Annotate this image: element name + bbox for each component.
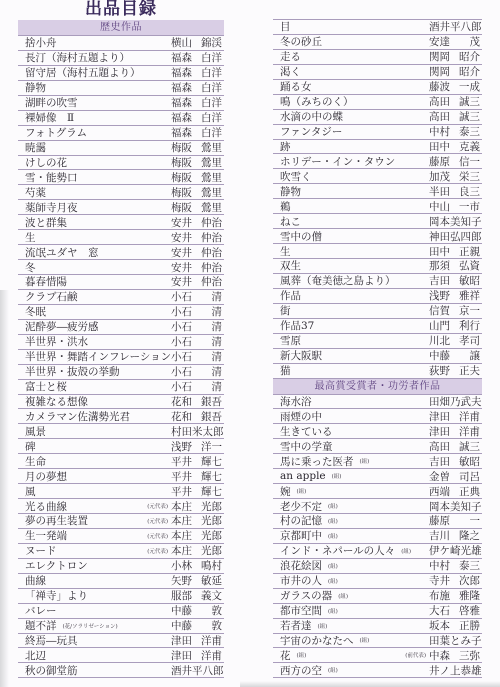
artist-surname: 梅阪: [171, 140, 192, 155]
artist-name: 津田洋甫: [171, 648, 222, 663]
artist-name: 田畑乃武夫: [429, 394, 480, 409]
work-title: 冬: [25, 260, 36, 275]
artist-given-name: 司呂: [459, 469, 480, 484]
artist-surname: 中藤: [429, 348, 450, 363]
artist-given-name: 啓雅: [459, 603, 480, 618]
list-item: ねこ岡本美知子: [273, 214, 482, 229]
artist-given-name: 鶯里: [201, 185, 222, 200]
artist-given-name: 一: [470, 513, 481, 528]
list-item: 風平井輝七: [18, 484, 224, 499]
artist-surname: 小石: [171, 349, 192, 364]
work-title: 静物: [25, 80, 46, 95]
artist-surname: 梅阪: [171, 170, 192, 185]
list-item: 暁靄梅阪鶯里: [18, 141, 224, 156]
list-item: 生田中正親: [273, 244, 482, 259]
list-item: ファンタジー中村泰三: [273, 125, 482, 140]
work-title-cell: 暁靄: [25, 140, 171, 155]
artist-name: 川北孝司: [429, 333, 480, 348]
artist-given-name: 清: [212, 349, 223, 364]
work-title-cell: 村の記憶(組): [280, 513, 429, 528]
artist-given-name: 白洋: [201, 95, 222, 110]
artist-surname: 横山: [171, 35, 192, 50]
work-title: 雪・能勢口: [25, 170, 78, 185]
artist-surname: 田畑乃武夫: [429, 394, 482, 409]
work-note: (組): [360, 636, 370, 644]
work-title: 半世界・洪水: [25, 334, 88, 349]
artist-name: 平井輝七: [171, 454, 222, 469]
work-title-cell: 生命: [25, 454, 171, 469]
artist-name: 梅阪鶯里: [171, 140, 222, 155]
work-title-cell: 雪原: [280, 333, 429, 348]
artist-surname: 梅阪: [171, 185, 192, 200]
artist-name: 矢野敏延: [171, 573, 222, 588]
artist-surname: 中山: [429, 199, 450, 214]
artist-surname: 福森: [171, 80, 192, 95]
artist-given-name: 仲治: [201, 215, 222, 230]
list-item: 長汀（海村五題より）福森白洋: [18, 51, 224, 66]
work-title: 花: [280, 648, 291, 663]
list-item: 流氓ユダヤ 窓安井仲治: [18, 245, 224, 260]
work-title-cell: 裸婦像 Ⅱ: [25, 110, 171, 125]
artist-name: 梅阪鶯里: [171, 170, 222, 185]
list-item: 北辺津田洋甫: [18, 648, 224, 663]
list-item: 半世界・洪水小石清: [18, 335, 224, 350]
artist-given-name: 銀吾: [201, 409, 222, 424]
artist-surname: 小石: [171, 334, 192, 349]
artist-name: 岡本美知子: [429, 214, 480, 229]
artist-surname: 福森: [171, 65, 192, 80]
section-heading-historical-works: 歴史作品: [18, 20, 224, 36]
artist-name: 金曽司呂: [429, 469, 480, 484]
work-title: 猫: [280, 363, 291, 378]
list-item: 馬に乗った医者(組)吉田敏昭: [273, 454, 482, 469]
work-title-cell: 若者達(組): [280, 618, 429, 633]
artist-name: 那須弘資: [429, 258, 480, 273]
work-title-cell: 題不詳(花/ソラリゼーション): [25, 618, 171, 633]
artist-surname: 福森: [171, 50, 192, 65]
artist-name: 田中克義: [429, 139, 480, 154]
artist-surname: 高田: [429, 109, 450, 124]
artist-name: 高田誠三: [429, 439, 480, 454]
artist-given-name: 鶯里: [201, 170, 222, 185]
artist-surname: 川北: [429, 333, 450, 348]
list-item: 宇宙のかなたへ(組)田葉とみ子: [273, 634, 482, 649]
work-title: 生: [280, 244, 291, 259]
artist-given-name: 一成: [459, 79, 480, 94]
work-title-cell: 雪中の僧: [280, 229, 429, 244]
work-title: 流氓ユダヤ 窓: [25, 245, 99, 260]
artist-surname: 安井: [171, 274, 192, 289]
list-item: 冬眠小石清: [18, 305, 224, 320]
work-note: (組): [401, 547, 411, 555]
work-title: エレクトロン: [25, 558, 88, 573]
work-title: 宇宙のかなたへ: [280, 633, 354, 648]
work-title-cell: ファンタジー: [280, 124, 429, 139]
work-title-cell: 終焉―玩具: [25, 633, 171, 648]
artist-name: 半田良三: [429, 184, 480, 199]
work-title: 吹雪く: [280, 169, 312, 184]
artist-name: 横山錦渓: [171, 35, 222, 50]
artist-surname: 岡本美知子: [429, 214, 482, 229]
work-title: 新大阪駅: [280, 348, 322, 363]
list-item: バレー中藤敦: [18, 604, 224, 619]
artist-name: 梅阪鶯里: [171, 200, 222, 215]
work-title-cell: インド・ネパールの人々(組): [280, 543, 429, 558]
work-title-cell: 雨煙の中: [280, 409, 429, 424]
list-item: 吹雪く加茂栄三: [273, 169, 482, 184]
artist-given-name: 洋甫: [459, 409, 480, 424]
artist-name: 津田洋甫: [429, 409, 480, 424]
list-item: クラブ石鹸小石清: [18, 290, 224, 305]
work-title-cell: 半世界・洪水: [25, 334, 171, 349]
artist-surname: 加茂: [429, 169, 450, 184]
artist-given-name: 白洋: [201, 110, 222, 125]
artist-surname: 半田: [429, 184, 450, 199]
artist-given-name: 清: [212, 364, 223, 379]
work-note: (組): [328, 562, 338, 570]
artist-surname: 福森: [171, 125, 192, 140]
work-title-cell: 花(組): [280, 648, 405, 663]
list-item: 都市空間(組)大石啓雅: [273, 604, 482, 619]
artist-name: 山門利行: [429, 318, 480, 333]
artist-surname: 中藤: [171, 618, 192, 633]
artist-surname: 花和: [171, 394, 192, 409]
list-item: 村の記憶(組)藤原一: [273, 514, 482, 529]
artist-given-name: 誠三: [459, 94, 480, 109]
work-title-cell: 宇宙のかなたへ(組): [280, 633, 429, 648]
work-title: 終焉―玩具: [25, 633, 78, 648]
artist-given-name: 仲治: [201, 245, 222, 260]
artist-name: 関岡昭介: [429, 64, 480, 79]
work-title-cell: 芍薬: [25, 185, 171, 200]
list-item: 市井の人(組)寺井次郎: [273, 574, 482, 589]
artist-surname: 服部: [171, 588, 192, 603]
artist-given-name: 鶯里: [201, 155, 222, 170]
work-title: 西方の空: [280, 663, 322, 678]
work-title-cell: 捨小舟: [25, 35, 171, 50]
artist-given-name: 鶯里: [201, 140, 222, 155]
work-title-cell: 「禅寺」より: [25, 588, 171, 603]
artist-surname: 安井: [171, 215, 192, 230]
artist-name: 安井仲治: [171, 274, 222, 289]
artist-surname: 津田: [171, 633, 192, 648]
artist-name: 福森白洋: [171, 125, 222, 140]
work-title: 芍薬: [25, 185, 46, 200]
artist-surname: 金曽: [429, 469, 450, 484]
list-item: 目酒井平八郎: [273, 20, 482, 35]
list-item: 街信賀京一: [273, 304, 482, 319]
artist-given-name: 譲: [470, 348, 481, 363]
artist-surname: 小石: [171, 304, 192, 319]
work-title: 留守居（海村五題より）: [25, 65, 141, 80]
artist-given-name: 隆之: [459, 528, 480, 543]
artist-surname: 本庄: [171, 528, 192, 543]
work-title: 月の夢想: [25, 469, 67, 484]
list-item: 富士と桜小石清: [18, 380, 224, 395]
artist-given-name: 次郎: [459, 573, 480, 588]
artist-surname: 中藤: [171, 603, 192, 618]
artist-given-name: 昭介: [459, 49, 480, 64]
list-item: 雪中の僧神田弘四郎: [273, 229, 482, 244]
work-title-cell: 作品37: [280, 318, 429, 333]
artist-surname: 吉川: [429, 528, 450, 543]
list-item: 半世界・舞踏インフレーション小石清: [18, 350, 224, 365]
work-title-cell: 風: [25, 484, 171, 499]
work-title-cell: 双生: [280, 258, 429, 273]
artist-name: 福森白洋: [171, 65, 222, 80]
work-note: (組): [328, 577, 338, 585]
artist-given-name: 洋甫: [201, 633, 222, 648]
artist-surname: 小石: [171, 289, 192, 304]
list-item: 生一発端(元代表)本庄光郎: [18, 529, 224, 544]
artist-given-name: 義文: [201, 588, 222, 603]
list-item: 生きている津田洋甫: [273, 424, 482, 439]
left-column: 出品目録 歴史作品 捨小舟横山錦渓長汀（海村五題より）福森白洋留守居（海村五題よ…: [18, 0, 224, 678]
artist-given-name: 茂: [470, 34, 481, 49]
artist-name: 藤原信一: [429, 154, 480, 169]
artist-name: 岡本美知子: [429, 499, 480, 514]
list-item: 静物半田良三: [273, 184, 482, 199]
list-item: 水滴の中の蝶高田誠三: [273, 110, 482, 125]
artist-given-name: 克義: [459, 139, 480, 154]
artist-role-note: (元代表): [147, 502, 168, 510]
list-item: 走る関岡昭介: [273, 50, 482, 65]
artist-surname: 田葉とみ子: [429, 633, 482, 648]
artist-name: 田葉とみ子: [429, 633, 480, 648]
artist-name: 福森白洋: [171, 95, 222, 110]
artist-name: 小林鳴村: [171, 558, 222, 573]
list-item: 泥酔夢―疲労感小石清: [18, 320, 224, 335]
list-item: 終焉―玩具津田洋甫: [18, 634, 224, 649]
artist-name: 中森三弥: [429, 648, 480, 663]
work-title: ヌード: [25, 543, 57, 558]
artist-name: 津田洋甫: [429, 424, 480, 439]
artist-name: 井ノ上恭雄: [429, 663, 480, 678]
section-heading-award-works: 最高賞受賞者・功労者作品: [273, 379, 482, 395]
work-title-cell: 半世界・舞踏インフレーション: [25, 349, 171, 364]
list-item: 猫荻野正夫: [273, 364, 482, 379]
work-title-cell: 京都町中(組): [280, 528, 429, 543]
artist-role-note: (元代表): [147, 517, 168, 525]
work-title-cell: 冬眠: [25, 304, 171, 319]
work-note: (組): [328, 517, 338, 525]
artist-name: 中藤敦: [171, 603, 222, 618]
list-item: 生安井仲治: [18, 230, 224, 245]
list-item: 静物福森白洋: [18, 81, 224, 96]
artist-surname: 吉田: [429, 454, 450, 469]
list-item: フォトグラム福森白洋: [18, 126, 224, 141]
artist-given-name: 光郎: [201, 513, 222, 528]
list-item: 風景村田米太郎: [18, 424, 224, 439]
artist-name: 花和銀吾: [171, 394, 222, 409]
artist-given-name: 一市: [459, 199, 480, 214]
artist-surname: 本庄: [171, 543, 192, 558]
work-title: 光る曲線: [25, 499, 67, 514]
list-item: 鵜中山一市: [273, 199, 482, 214]
list-item: 若者達(組)坂本正勝: [273, 619, 482, 634]
work-title-cell: 生: [25, 230, 171, 245]
work-title: 秋の御堂筋: [25, 663, 78, 678]
work-title: 湖畔の吹雪: [25, 95, 78, 110]
work-title: 碑: [25, 439, 36, 454]
work-title-cell: カメラマン佐溝勢光君: [25, 409, 171, 424]
work-title-cell: 街: [280, 303, 429, 318]
work-title: 鳴（みちのく）: [280, 94, 354, 109]
list-item: 「禅寺」より服部義文: [18, 589, 224, 604]
list-item: 暮春惜陽安井仲治: [18, 275, 224, 290]
artist-surname: 梅阪: [171, 155, 192, 170]
artist-surname: 藤波: [429, 79, 450, 94]
artist-surname: 信賀: [429, 303, 450, 318]
artist-name: 平井輝七: [171, 469, 222, 484]
work-title-cell: 生一発端: [25, 528, 147, 543]
artist-surname: 荻野: [429, 363, 450, 378]
artist-name: 中村泰三: [429, 558, 480, 573]
work-title-cell: 吹雪く: [280, 169, 429, 184]
work-title: 雨煙の中: [280, 409, 322, 424]
artist-surname: 山門: [429, 318, 450, 333]
artist-given-name: 清: [212, 334, 223, 349]
work-note: (組): [328, 502, 338, 510]
work-title-cell: 西方の空(組): [280, 663, 429, 678]
work-title-cell: 薬師寺月夜: [25, 200, 171, 215]
list-item: 生命平井輝七: [18, 454, 224, 469]
list-item: 碑浅野洋一: [18, 439, 224, 454]
work-title-cell: 碑: [25, 439, 171, 454]
work-title: 「禅寺」より: [25, 588, 88, 603]
scan-shadow-edge: [0, 290, 9, 687]
work-title-cell: バレー: [25, 603, 171, 618]
artist-surname: 安井: [171, 230, 192, 245]
work-title: 半世界・舞踏インフレーション: [25, 349, 171, 364]
artist-name: 吉田敏昭: [429, 273, 480, 288]
work-title-cell: 半世界・抜殻の挙動: [25, 364, 171, 379]
artist-given-name: 敦: [212, 618, 223, 633]
artist-given-name: 誠三: [459, 439, 480, 454]
work-title-cell: 走る: [280, 49, 429, 64]
work-title: 生: [25, 230, 36, 245]
artist-name: 酒井平八郎: [171, 663, 222, 678]
work-title-cell: 踊る女: [280, 79, 429, 94]
work-title-cell: 冬の砂丘: [280, 34, 429, 49]
artist-name: 高田誠三: [429, 94, 480, 109]
work-note: (組): [318, 622, 328, 630]
artist-surname: 藤原: [429, 154, 450, 169]
list-item: 雪中の学童高田誠三: [273, 439, 482, 454]
artist-given-name: 白洋: [201, 125, 222, 140]
list-item: 新大阪駅中藤譲: [273, 349, 482, 364]
right-column: 目酒井平八郎冬の砂丘安達茂走る関岡昭介渇く関岡昭介踊る女藤波一成鳴（みちのく）高…: [273, 19, 482, 678]
artist-name: 本庄光郎: [171, 499, 222, 514]
artist-name: 小石清: [171, 364, 222, 379]
scan-shadow-bottom: [240, 681, 500, 687]
artist-given-name: 敦: [212, 603, 223, 618]
work-title: 馬に乗った医者: [280, 454, 354, 469]
artist-given-name: 正親: [459, 244, 480, 259]
artist-surname: 津田: [429, 409, 450, 424]
list-item: 作品37山門利行: [273, 319, 482, 334]
work-title: 都市空間: [280, 603, 322, 618]
artist-name: 安井仲治: [171, 230, 222, 245]
work-title-cell: 静物: [25, 80, 171, 95]
artist-surname: 村田米太郎: [171, 424, 224, 439]
work-title: 薬師寺月夜: [25, 200, 78, 215]
work-title-cell: 海水浴: [280, 394, 429, 409]
work-title: フォトグラム: [25, 125, 87, 140]
work-title-cell: 鳴（みちのく）: [280, 94, 429, 109]
list-item: 双生那須弘資: [273, 259, 482, 274]
work-title-cell: 生きている: [280, 424, 429, 439]
artist-name: 村田米太郎: [171, 424, 222, 439]
artist-surname: 中村: [429, 558, 450, 573]
artist-name: 酒井平八郎: [429, 19, 480, 34]
list-item: 秋の御堂筋酒井平八郎: [18, 663, 224, 678]
work-title-cell: ヌード: [25, 543, 147, 558]
list-item: 浪花絵図(組)中村泰三: [273, 559, 482, 574]
work-title: 夢の再生装置: [25, 513, 88, 528]
list-item: 裸婦像 Ⅱ福森白洋: [18, 111, 224, 126]
work-title: 泥酔夢―疲労感: [25, 319, 99, 334]
work-title-cell: 鵜: [280, 199, 429, 214]
artist-surname: 西端: [429, 484, 450, 499]
artist-given-name: 正勝: [459, 618, 480, 633]
artist-surname: 安達: [429, 34, 450, 49]
artist-surname: 関岡: [429, 64, 450, 79]
artist-surname: 岡本美知子: [429, 499, 482, 514]
artist-name: 本庄光郎: [171, 513, 222, 528]
artist-name: 神田弘四郎: [429, 229, 480, 244]
list-item: ヌード(元代表)本庄光郎: [18, 544, 224, 559]
artist-given-name: 良三: [459, 184, 480, 199]
list-item: 風葬（奄美徳之島より）吉田敏昭: [273, 274, 482, 289]
artist-given-name: 三弥: [459, 648, 480, 663]
artist-given-name: 輝七: [201, 469, 222, 484]
list-item: 西方の空(組)井ノ上恭雄: [273, 663, 482, 678]
work-title-cell: 雪・能勢口: [25, 170, 171, 185]
artist-given-name: 白洋: [201, 65, 222, 80]
artist-role-note: (元代表): [147, 532, 168, 540]
artist-surname: 神田弘四郎: [429, 229, 482, 244]
work-title: 海水浴: [280, 394, 312, 409]
work-title: 風葬（奄美徳之島より）: [280, 273, 396, 288]
list-item: 冬安井仲治: [18, 260, 224, 275]
artist-name: 安達茂: [429, 34, 480, 49]
work-title: 雪中の僧: [280, 229, 322, 244]
list-item: 跡田中克義: [273, 140, 482, 155]
artist-role-note: (前代表): [405, 651, 426, 659]
work-title: 市井の人: [280, 573, 322, 588]
work-title: 冬眠: [25, 304, 46, 319]
work-title: 走る: [280, 49, 301, 64]
work-title-cell: 光る曲線: [25, 499, 147, 514]
artist-given-name: 錦渓: [201, 35, 222, 50]
artist-name: 荻野正夫: [429, 363, 480, 378]
artist-name: 寺井次郎: [429, 573, 480, 588]
artist-surname: 寺井: [429, 573, 450, 588]
list-item: 半世界・抜殻の挙動小石清: [18, 365, 224, 380]
artist-surname: 小石: [171, 364, 192, 379]
page-title: 出品目録: [18, 0, 224, 20]
work-title: 水滴の中の蝶: [280, 109, 343, 124]
artist-given-name: 輝七: [201, 454, 222, 469]
work-title-cell: エレクトロン: [25, 558, 171, 573]
list-item: 老少不定(組)岡本美知子: [273, 499, 482, 514]
artist-surname: 矢野: [171, 573, 192, 588]
list-item: 芍薬梅阪鶯里: [18, 185, 224, 200]
artist-name: 小石清: [171, 379, 222, 394]
work-note: (組): [328, 666, 338, 674]
work-title-cell: 曲線: [25, 573, 171, 588]
